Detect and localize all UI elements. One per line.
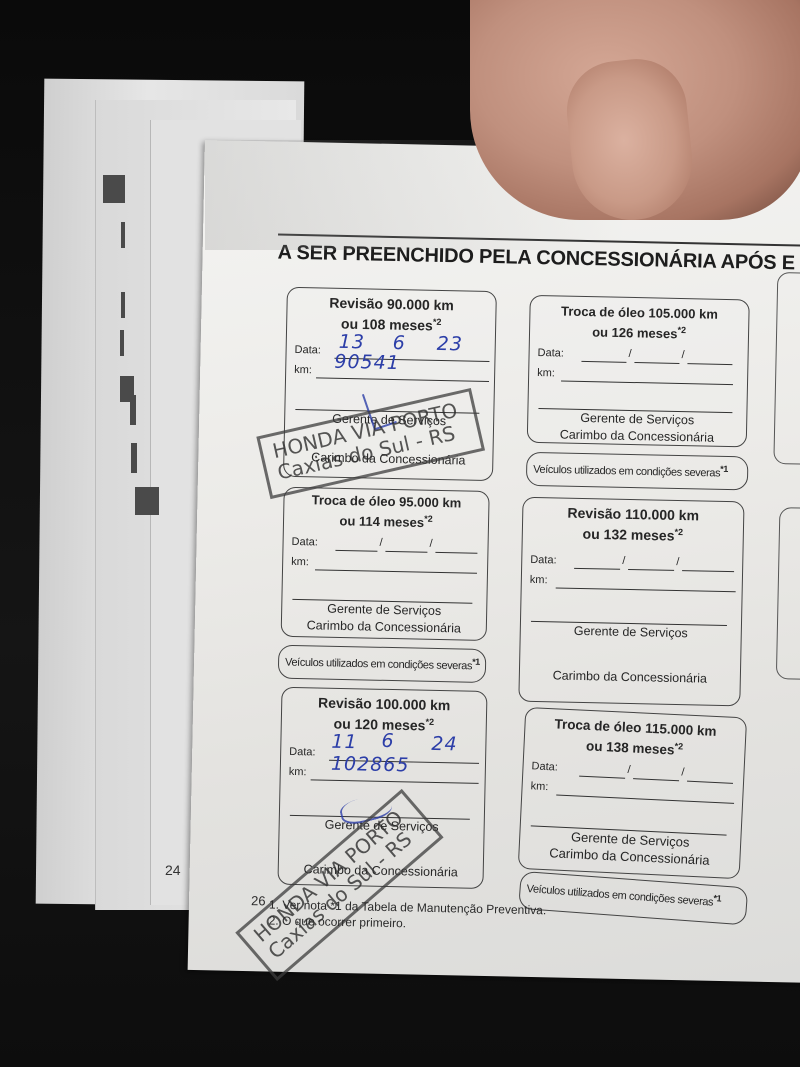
date-year-line — [687, 363, 732, 365]
card-title: Troca de óleo 115.000 km ou 138 meses*2 — [524, 714, 746, 762]
handwritten-date-month: 6 — [393, 332, 407, 354]
date-label: Data: — [531, 760, 558, 773]
date-label: Data: — [291, 536, 318, 549]
service-card-troca-95000: Troca de óleo 95.000 km ou 114 meses*2 D… — [281, 487, 490, 641]
date-separator: / — [681, 349, 684, 361]
date-month-line — [385, 551, 427, 553]
km-label: km: — [294, 364, 312, 376]
footnote-mark: *2 — [424, 514, 433, 524]
date-month-line — [628, 569, 674, 571]
page-number-right: 26 — [251, 893, 266, 908]
service-card-troca-115000: Troca de óleo 115.000 km ou 138 meses*2 … — [518, 707, 747, 879]
page-number-left: 24 — [165, 862, 181, 878]
date-label: Data: — [530, 554, 557, 567]
date-separator: / — [681, 766, 685, 778]
severe-conditions-pill: Veículos utilizados em condições severas… — [526, 452, 749, 491]
date-separator: / — [379, 537, 382, 549]
service-card-troca-105000: Troca de óleo 105.000 km ou 126 meses*2 … — [527, 295, 750, 448]
km-label: km: — [537, 367, 555, 379]
footnote-text: O que ocorrer primeiro. — [282, 914, 406, 931]
date-separator: / — [628, 348, 631, 360]
severe-conditions-label: Veículos utilizados em condições severas — [533, 464, 720, 480]
maintenance-page: A SER PREENCHIDO PELA CONCESSIONÁRIA APÓ… — [188, 140, 800, 983]
footnote-mark: *1 — [720, 464, 728, 474]
index-tab-marker — [120, 330, 124, 356]
page-heading: A SER PREENCHIDO PELA CONCESSIONÁRIA APÓ… — [277, 242, 795, 276]
date-label: Data: — [537, 347, 564, 360]
index-tab-marker — [121, 222, 125, 248]
footnote-mark: *2 — [425, 717, 434, 727]
footnote-marker: 1. — [269, 898, 279, 912]
km-label: km: — [530, 574, 548, 586]
km-label: km: — [291, 556, 309, 568]
km-label: km: — [289, 766, 307, 778]
date-separator: / — [627, 763, 631, 775]
index-tab-marker — [135, 487, 159, 515]
date-separator: / — [429, 538, 432, 550]
date-month-line — [634, 362, 679, 364]
severe-conditions-pill: Veículos utilizados em condições severas… — [278, 645, 487, 683]
footnote-mark: *2 — [674, 741, 683, 751]
footnote-mark: *2 — [674, 527, 683, 537]
service-card-revisao-110000: Revisão 110.000 km ou 132 meses*2 Data: … — [518, 497, 744, 707]
footnote-mark: *2 — [677, 325, 686, 335]
handwritten-date-year: 23 — [437, 333, 464, 356]
handwritten-km: 102865 — [331, 753, 410, 777]
handwritten-km: 90541 — [334, 351, 400, 374]
index-tab-marker — [121, 292, 125, 318]
card-title: Troca de óleo 95.000 km ou 114 meses*2 — [284, 491, 489, 533]
handwritten-date-year: 24 — [431, 733, 458, 756]
stamp-label: Carimbo da Concessionária — [282, 617, 486, 638]
severe-conditions-label: Veículos utilizados em condições severas — [285, 656, 472, 672]
handwritten-date-month: 6 — [381, 730, 395, 752]
severe-conditions-pill: Veículos utilizados em condições severas… — [518, 871, 748, 926]
date-separator: / — [622, 554, 625, 566]
date-day-line — [581, 361, 626, 363]
date-label: Data: — [295, 344, 322, 357]
card-title-line2: ou 126 meses — [592, 324, 678, 341]
card-title: Revisão 110.000 km ou 132 meses*2 — [523, 504, 744, 546]
handwritten-date-day: 11 — [331, 731, 358, 754]
index-tab-marker — [131, 443, 137, 473]
signature-area — [282, 572, 487, 604]
index-tab-marker — [130, 395, 136, 425]
footnote-mark: *1 — [472, 657, 480, 667]
card-title: Revisão 90.000 km ou 108 meses*2 — [287, 294, 496, 336]
next-page-card-edge — [773, 272, 800, 466]
stamp-label: Carimbo da Concessionária — [520, 666, 740, 688]
footnote-marker: 2. — [269, 914, 279, 928]
km-label: km: — [530, 780, 548, 793]
footnote-mark: *1 — [713, 893, 721, 904]
date-year-line — [435, 552, 477, 554]
stamp-label: Carimbo da Concessionária — [528, 426, 746, 448]
footnote-2: 2. O que ocorrer primeiro. — [269, 913, 407, 932]
severe-conditions-label: Veículos utilizados em condições severas — [526, 883, 713, 909]
date-year-line — [682, 570, 734, 572]
index-tab-marker — [103, 175, 125, 203]
signature-area — [528, 383, 746, 414]
date-day-line — [574, 567, 620, 569]
next-page-card-edge — [776, 507, 800, 681]
card-title-line2: ou 132 meses — [582, 526, 674, 544]
card-title: Troca de óleo 105.000 km ou 126 meses*2 — [530, 302, 749, 344]
footnote-mark: *2 — [433, 317, 442, 327]
date-label: Data: — [289, 746, 316, 759]
date-separator: / — [676, 556, 679, 568]
signature-area — [521, 589, 742, 626]
card-title-line2: ou 138 meses — [586, 738, 675, 757]
card-title-line2: ou 114 meses — [339, 513, 424, 530]
date-day-line — [335, 550, 377, 552]
